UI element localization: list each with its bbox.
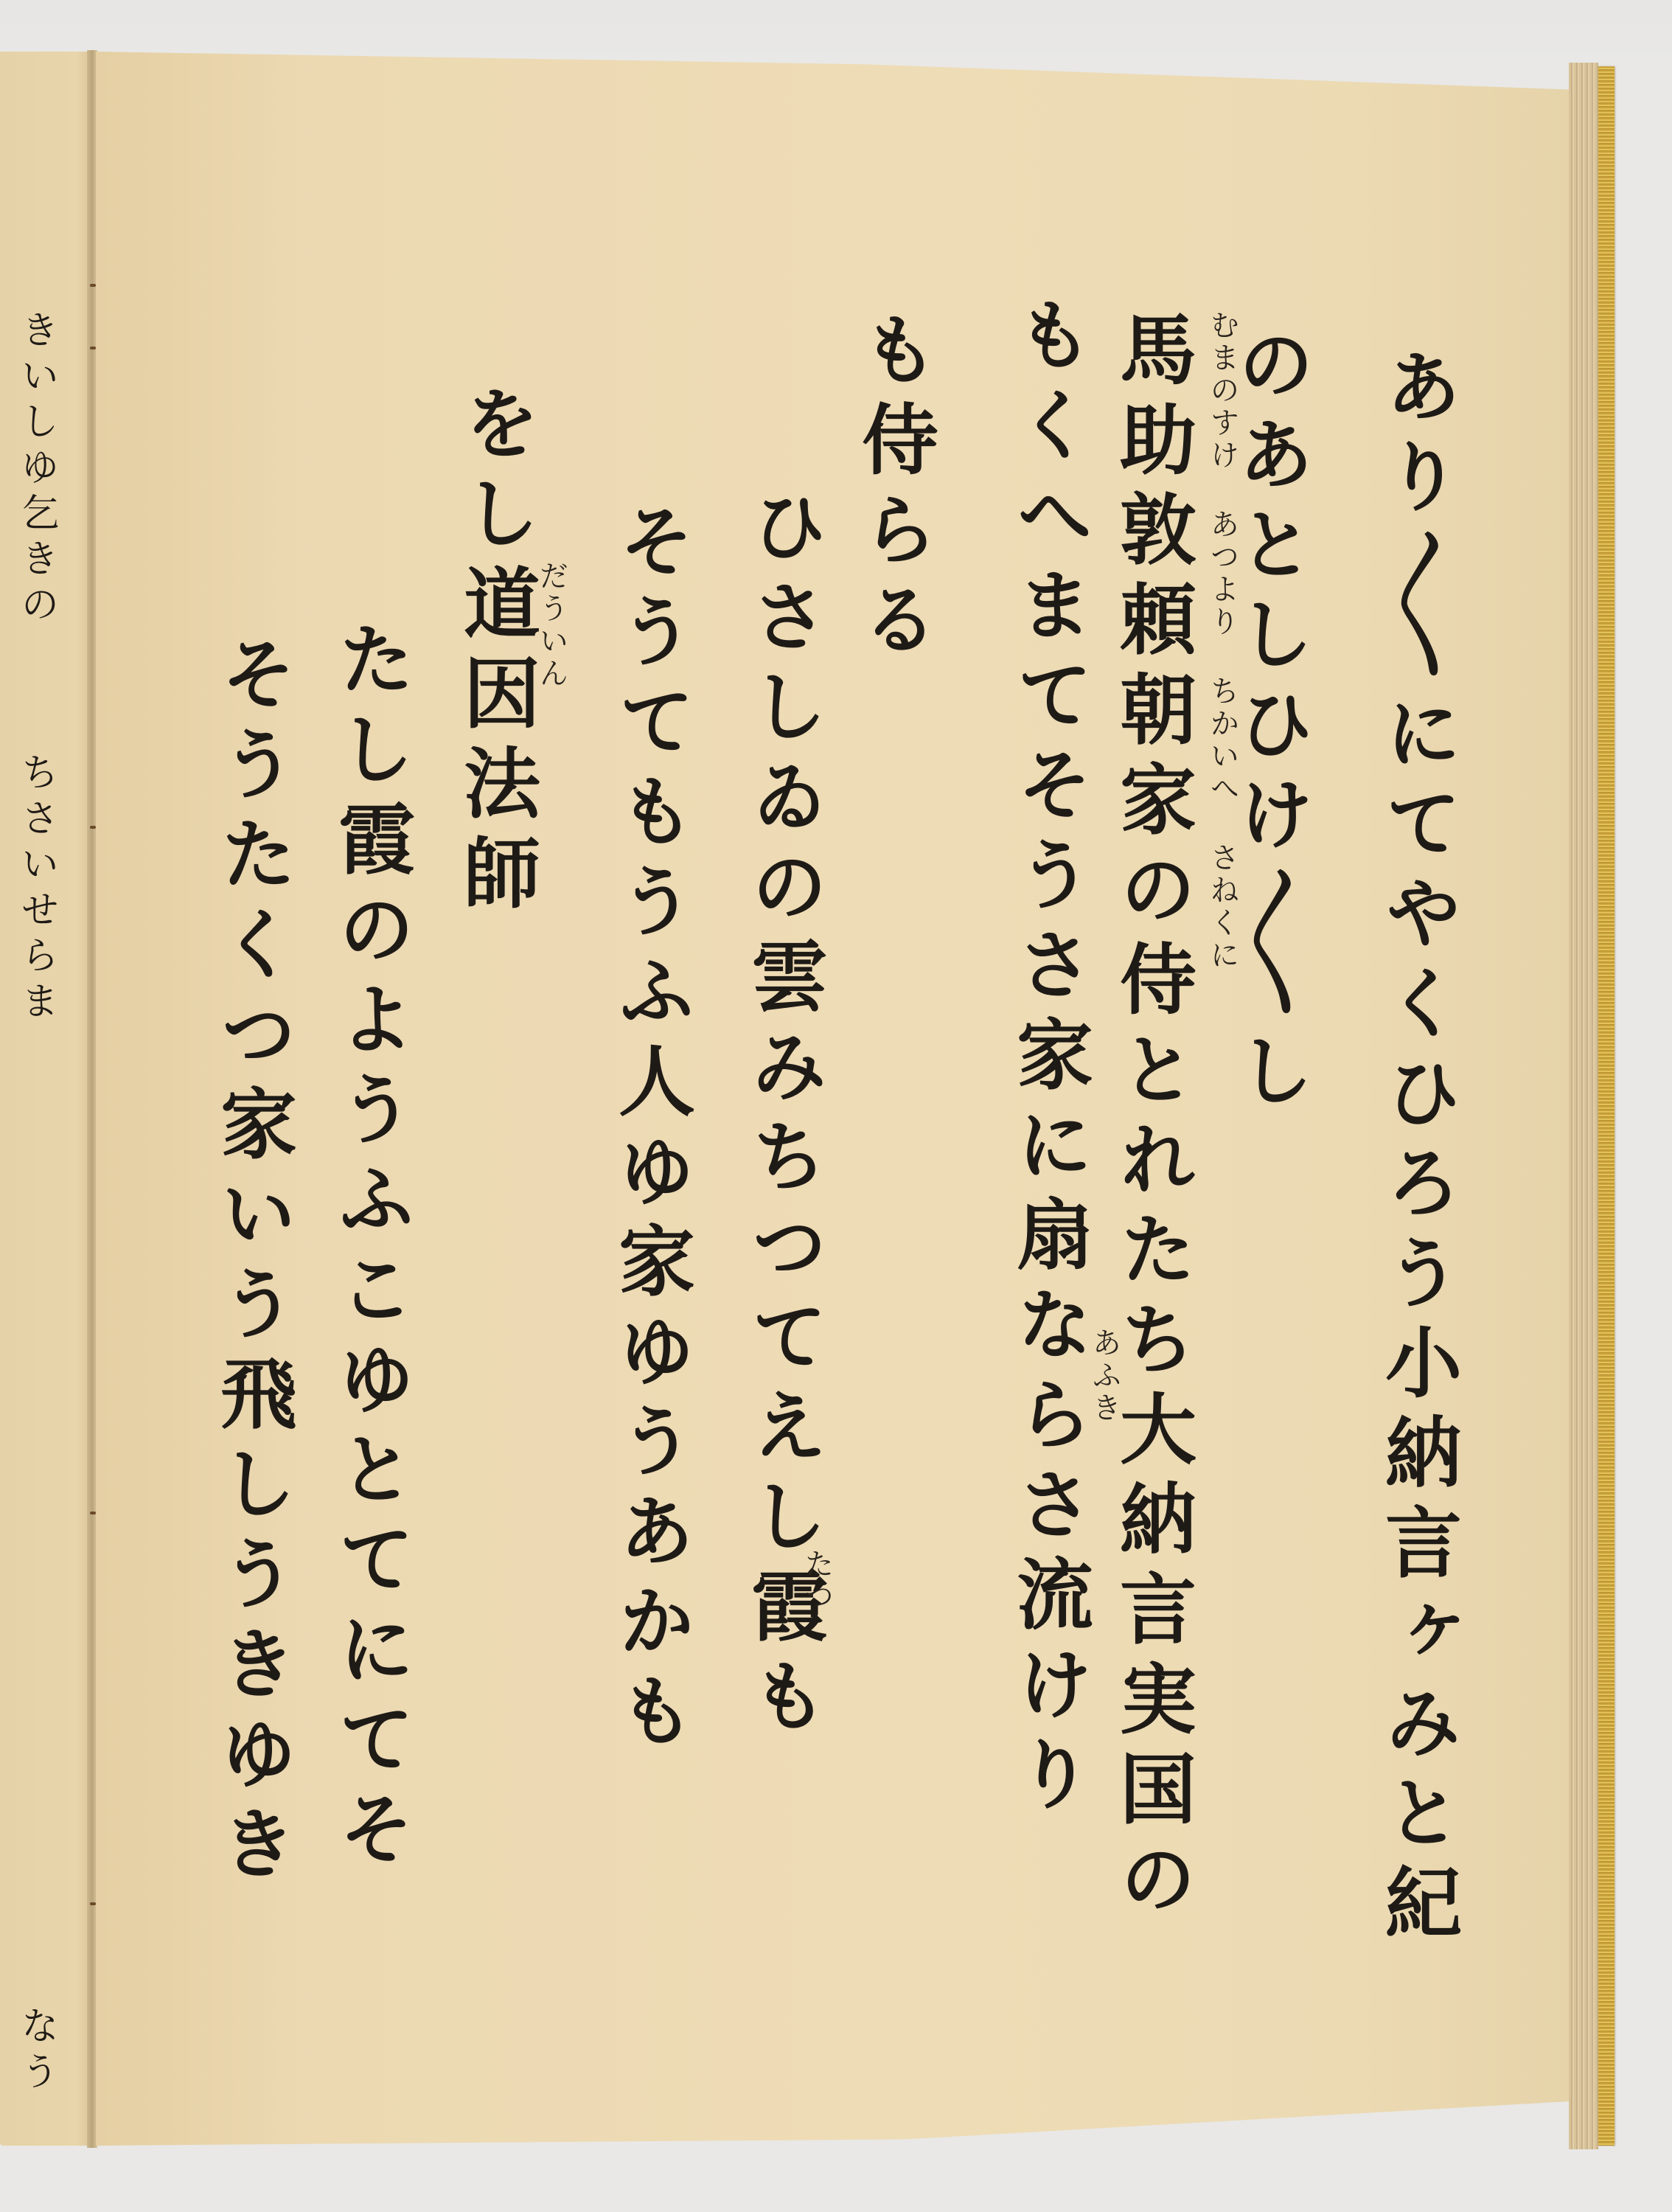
text-column-1: あり〳〵にてやくひろう小納言ヶみと紀 [1379,347,1455,1952]
binding-hole [90,826,96,829]
right-page [96,52,1570,2160]
text-column-10: そうたくつ家いう飛しうきゆき [214,634,290,1893]
binding-hole [90,284,96,287]
book-gutter [87,50,97,2148]
text-column-4: もくへまてそうさ家に扇ならさ流けり [1010,295,1087,1824]
binding-hole [90,347,96,349]
text-column-8: をし道因法師 [457,383,534,923]
page-stack-edge [1569,63,1598,2149]
ruby-annotation: あふき [1084,1327,1126,1425]
text-column-9: たし霞のようふこゆとてにてそ [332,619,408,1879]
text-column-5: も侍らる [855,310,932,669]
left-page-fragment: ちさいせらま [9,752,64,1026]
ruby-annotation: むまのすけ あつより ちかいへ さねくに [1202,310,1244,972]
left-page-fragment: きいしゆ乞きの [9,310,64,630]
binding-hole [90,1512,96,1514]
left-page-fragment: なう [9,2006,64,2097]
ruby-annotation: たつ [796,1548,838,1613]
text-column-7: そうてもうふ人ゆ家ゆうあかも [612,501,689,1761]
binding-hole [90,1902,96,1905]
ruby-annotation: だういん [531,560,573,690]
gilt-fore-edge [1598,66,1614,2146]
text-column-3: 馬助敦頼朝家の侍とれたち大納言実国の [1113,310,1190,1929]
